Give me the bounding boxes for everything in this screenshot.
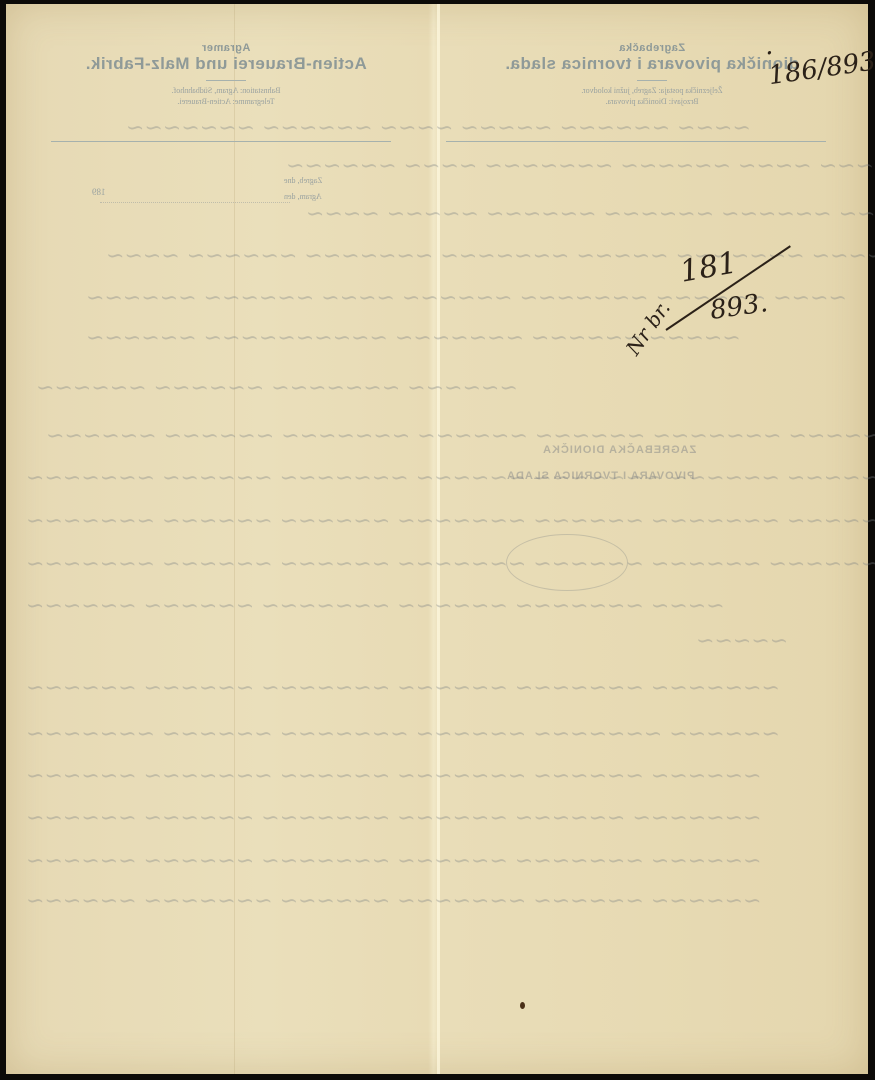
stamp-line2: PIVOVARA I TVORNICA SLADA <box>506 470 694 482</box>
bleed-through-line: ~~~~ ~~~~~~~ ~~~~~~ ~~~~~~~ ~~~~~~ ~~~~~… <box>26 594 725 619</box>
reference-number: . 186/893 <box>762 17 875 91</box>
bleed-through-line: ~~~~~~ ~~~~~~~ ~~~~~~ ~~~~~~ <box>36 376 518 401</box>
bleed-through-line: ~~~~~~ ~~~~ ~~~~~~ ~~~~~~~ ~~~~ ~~~~~~ <box>286 154 875 179</box>
divider <box>206 80 246 81</box>
date-label-bottom: Agram, den <box>284 192 322 201</box>
letterhead-left: Agramer Actien-Brauerei und Malz-Fabrik.… <box>26 42 426 107</box>
letter-page: Agramer Actien-Brauerei und Malz-Fabrik.… <box>6 4 868 1074</box>
bleed-through-line: ~~~~~~ ~~~~~~~ ~~~~~~ ~~~~~~ ~~~~~~~ ~~~… <box>46 424 875 449</box>
bleed-through-line: ~~~~~~~ ~~~~~~~ ~~~~~~ ~~~~~~~ ~~~~~~ ~~… <box>26 676 780 701</box>
bleed-through-line: ~~~~~~ ~~~~~~ ~~~~~~~ ~~~~~~ ~~~~~~~ ~~~… <box>26 889 761 914</box>
bleed-through-line: ~~~~~~~ ~~~~~~ ~~~~~~ ~~~~~~~ ~~~~~~ ~~~… <box>26 806 761 831</box>
letterhead-rule-right <box>446 141 826 142</box>
registry-number-bottom: 893. <box>708 288 770 326</box>
letterhead-left-station: Bahnstation: Agram, Südbahnhof. <box>26 85 426 96</box>
letterhead-rule-left <box>51 141 391 142</box>
stamp-oval <box>506 534 628 591</box>
bleed-through-line: ~~~~~~ ~~~~~~ ~~~~~~~ ~~~~~~ ~~~~~~~ ~~~… <box>26 764 761 789</box>
ink-spot <box>520 1002 525 1009</box>
letterhead-right-telegram: Brzojavi: Dionička pivovara. <box>452 96 852 107</box>
letterhead-left-line1: Agramer <box>26 42 426 54</box>
bleed-through-line: ~~~~ ~~~~~~ ~~~~~ ~~~~ ~~~~~~ ~~~~~~~ <box>126 116 751 141</box>
bleed-through-line: ~~~~~~ ~~~~~~~ ~~~~~~ ~~~~~~~ ~~~~~~ ~~~… <box>26 722 780 747</box>
bleed-through-line: ~~~~~~ ~~~~~~~ ~~~~~~ ~~~~~~~ ~~~~~~ ~~~… <box>26 849 761 874</box>
bleed-through-line: ~~~~~~~ ~~~~~~ ~~~~~~~ ~~~~~~ ~~~~~~~ ~~… <box>26 466 875 491</box>
date-line <box>100 202 290 203</box>
letterhead-left-telegram: Telegramme: Actien-Brauerei. <box>26 96 426 107</box>
bleed-through-line: ~~~~~~ ~~~~~~ ~~~~~~ ~~~~~~~ ~~~~~~ ~~~~… <box>26 552 875 577</box>
bleed-through-line: ~~~~~~ ~~~~~~~ ~~~~~~ ~~~~~~~ ~~~~~~ ~~~… <box>26 509 875 534</box>
stamp-line1: ZAGREBAČKA DIONIČKA <box>542 444 696 456</box>
divider <box>637 80 667 81</box>
letterhead-left-company: Actien-Brauerei und Malz-Fabrik. <box>26 54 426 74</box>
bleed-through-line: ~~~~~ ~~~~~~ ~~~~~~ ~~~~~~ ~~~~~ ~~~~ <box>306 202 875 227</box>
bleed-through-line: ~~~~~ <box>696 629 788 654</box>
date-year-prefix: 189 <box>92 187 106 197</box>
